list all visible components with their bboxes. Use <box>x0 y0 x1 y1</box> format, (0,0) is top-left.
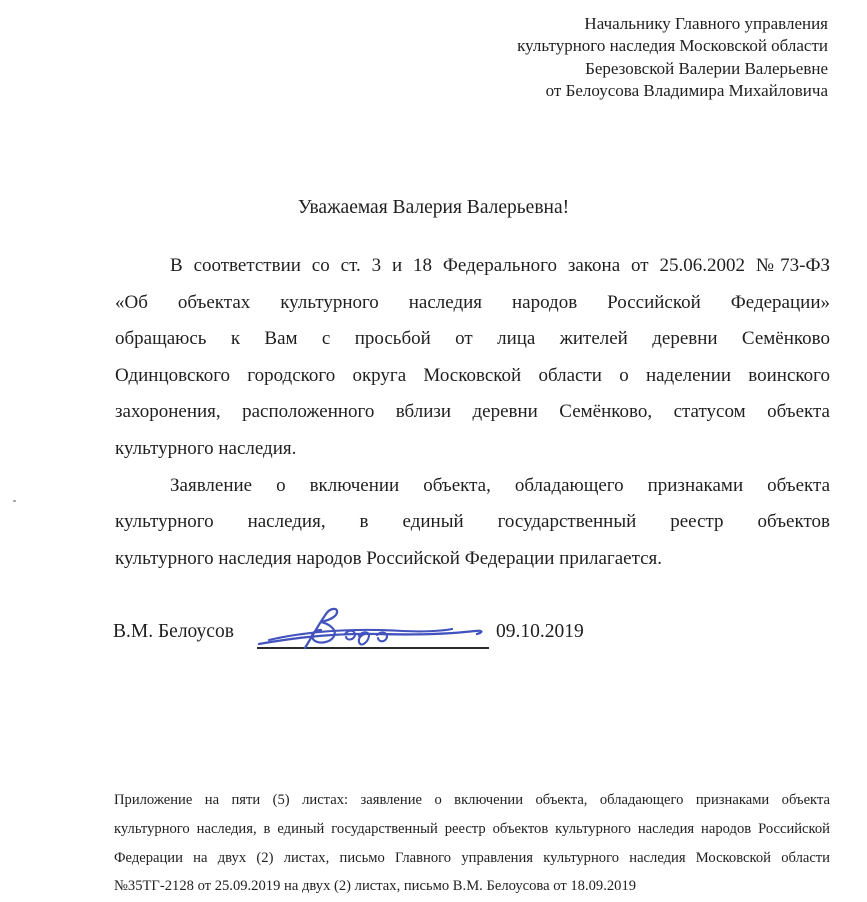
salutation: Уважаемая Валерия Валерьевна! <box>0 197 867 219</box>
letter-body: В соответствии со ст. 3 и 18 Федеральног… <box>115 248 830 577</box>
handwritten-signature <box>253 603 487 651</box>
addressee-line-3: Березовской Валерии Валерьевне <box>517 58 828 80</box>
attachment-note: Приложение на пяти (5) листах: заявление… <box>114 786 830 901</box>
addressee-line-2: культурного наследия Московской области <box>517 35 828 57</box>
scan-artifact-dot <box>13 500 16 502</box>
body-line: «Об объектах культурного наследия народо… <box>115 285 830 322</box>
attachment-line: №35ТГ-2128 от 25.09.2019 на двух (2) лис… <box>114 872 830 901</box>
body-line: Заявление о включении объекта, обладающе… <box>115 468 830 505</box>
body-line: культурного наследия народов Российской … <box>115 541 830 578</box>
addressee-line-1: Начальнику Главного управления <box>517 13 828 35</box>
body-line: культурного наследия. <box>115 431 830 468</box>
signature-stroke-letters <box>345 631 387 645</box>
signer-name: В.М. Белоусов <box>113 621 234 643</box>
body-line: захоронения, расположенного вблизи дерев… <box>115 394 830 431</box>
body-line: обращаюсь к Вам с просьбой от лица жител… <box>115 321 830 358</box>
attachment-line: Федерации на двух (2) листах, письмо Гла… <box>114 844 830 873</box>
body-line: Одинцовского городского округа Московско… <box>115 358 830 395</box>
signature-stroke-sweep <box>259 631 481 644</box>
signature-date: 09.10.2019 <box>496 621 584 643</box>
addressee-block: Начальнику Главного управления культурно… <box>517 13 828 103</box>
body-line: В соответствии со ст. 3 и 18 Федеральног… <box>115 248 830 285</box>
attachment-line: культурного наследия, в единый государст… <box>114 815 830 844</box>
paragraph-1: В соответствии со ст. 3 и 18 Федеральног… <box>115 248 830 468</box>
body-line: культурного наследия, в единый государст… <box>115 504 830 541</box>
letter-page: Начальнику Главного управления культурно… <box>0 0 867 902</box>
attachment-line: Приложение на пяти (5) листах: заявление… <box>114 786 830 815</box>
addressee-line-4: от Белоусова Владимира Михайловича <box>517 80 828 102</box>
paragraph-2: Заявление о включении объекта, обладающе… <box>115 468 830 578</box>
